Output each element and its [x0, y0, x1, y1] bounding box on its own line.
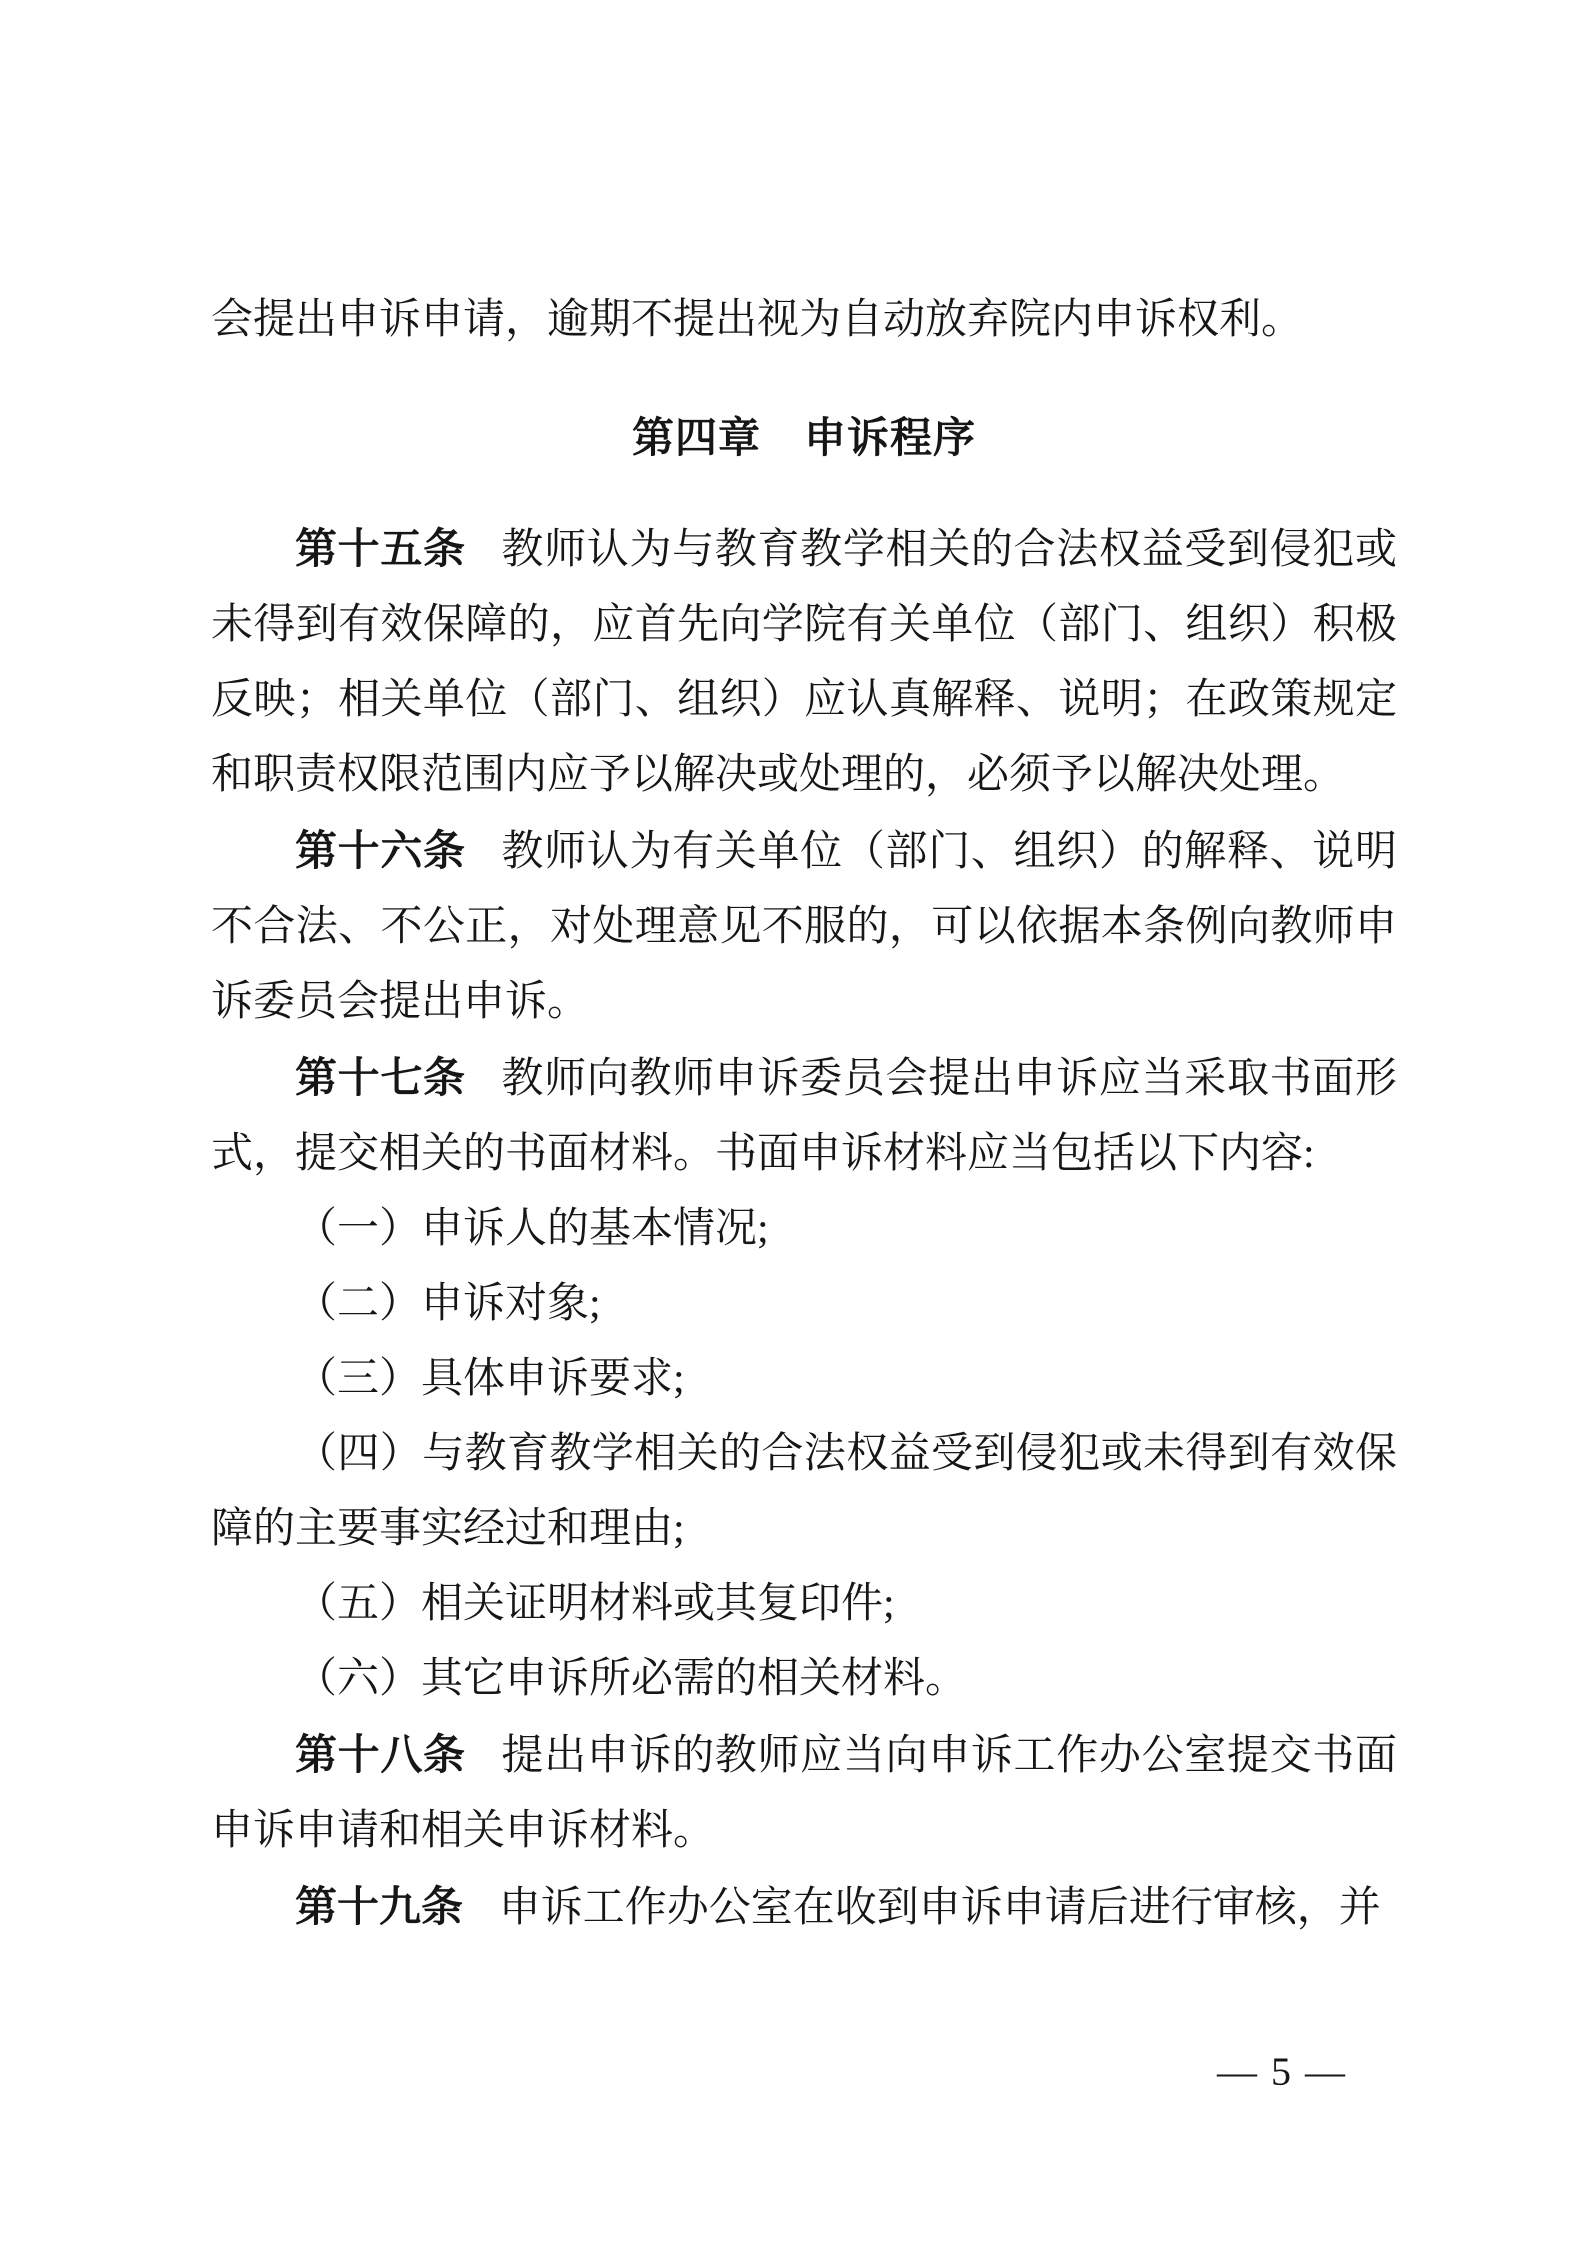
article-16-lead: 第十六条	[295, 826, 466, 875]
list-item-2: （二）申诉对象;	[211, 1267, 1397, 1342]
list-item-5: （五）相关证明材料或其复印件;	[211, 1567, 1397, 1642]
article-18-paragraph: 第十八条提出申诉的教师应当向申诉工作办公室提交书面申诉申请和相关申诉材料。	[211, 1717, 1397, 1869]
page-number: — 5 —	[1217, 2050, 1347, 2094]
list-item-4: （四）与教育教学相关的合法权益受到侵犯或未得到有效保障的主要事实经过和理由;	[211, 1417, 1397, 1567]
continuation-paragraph: 会提出申诉申请，逾期不提出视为自动放弃院内申诉权利。	[211, 283, 1397, 358]
list-item-3: （三）具体申诉要求;	[211, 1342, 1397, 1417]
article-17-lead: 第十七条	[295, 1053, 466, 1102]
article-16-paragraph: 第十六条教师认为有关单位（部门、组织）的解释、说明不合法、不公正，对处理意见不服…	[211, 813, 1397, 1040]
list-item-1: （一）申诉人的基本情况;	[211, 1192, 1397, 1267]
article-19-text: 申诉工作办公室在收到申诉申请后进行审核，并	[499, 1885, 1381, 1931]
document-body: 会提出申诉申请，逾期不提出视为自动放弃院内申诉权利。 第四章 申诉程序 第十五条…	[211, 283, 1397, 1946]
list-item-6: （六）其它申诉所必需的相关材料。	[211, 1642, 1397, 1717]
article-15-paragraph: 第十五条教师认为与教育教学相关的合法权益受到侵犯或未得到有效保障的，应首先向学院…	[211, 511, 1397, 813]
article-15-lead: 第十五条	[295, 524, 466, 573]
document-page: 会提出申诉申请，逾期不提出视为自动放弃院内申诉权利。 第四章 申诉程序 第十五条…	[0, 0, 1587, 2245]
article-18-lead: 第十八条	[295, 1730, 466, 1779]
chapter-heading: 第四章 申诉程序	[211, 400, 1397, 475]
article-19-lead: 第十九条	[295, 1882, 463, 1931]
article-17-paragraph: 第十七条教师向教师申诉委员会提出申诉应当采取书面形式，提交相关的书面材料。书面申…	[211, 1040, 1397, 1192]
article-19-paragraph: 第十九条申诉工作办公室在收到申诉申请后进行审核，并	[211, 1869, 1397, 1946]
